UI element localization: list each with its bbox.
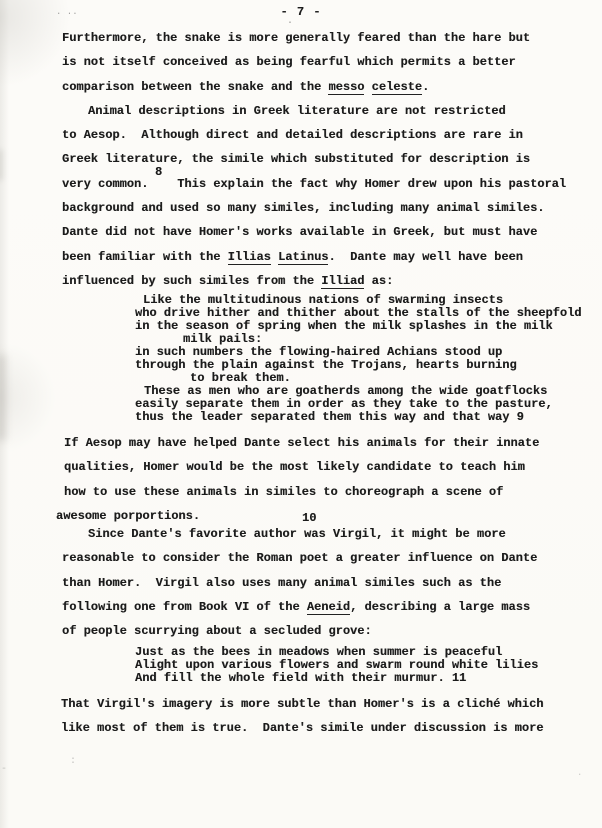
underlined-title: Illiad — [321, 274, 364, 290]
text-segment: Furthermore, the snake is more generally… — [62, 31, 530, 45]
text-segment: thus the leader separated them this way … — [135, 410, 524, 424]
scan-speck: . .. — [56, 7, 78, 17]
text-line: Furthermore, the snake is more generally… — [62, 26, 566, 50]
text-segment: reasonable to consider the Roman poet a … — [62, 551, 537, 565]
text-segment: Animal descriptions in Greek literature … — [88, 104, 506, 118]
footnote-reference-10: 10 — [302, 511, 316, 525]
text-segment: background and used so many similes, inc… — [62, 201, 544, 215]
text-segment: to break them. — [190, 371, 291, 385]
text-segment: in such numbers the flowing-haired Achia… — [135, 345, 502, 359]
paragraph-block-4: Since Dante's favorite author was Virgil… — [62, 522, 537, 643]
paragraph-block-5: That Virgil's imagery is more subtle tha… — [61, 692, 543, 741]
scan-smudge — [0, 355, 6, 440]
text-line: how to use these animals in similes to c… — [64, 480, 539, 504]
text-segment: Alight upon various flowers and swarm ro… — [135, 658, 538, 672]
text-segment: Just as the bees in meadows when summer … — [135, 645, 502, 659]
text-line: qualities, Homer would be the most likel… — [64, 455, 539, 479]
text-line: thus the leader separated them this way … — [135, 411, 581, 424]
text-line: is not itself conceived as being fearful… — [62, 50, 566, 74]
text-segment: to Aesop. Although direct and detailed d… — [62, 128, 523, 142]
underlined-title: celeste — [372, 80, 422, 96]
text-segment: comparison between the snake and the — [62, 80, 328, 94]
text-segment: If Aesop may have helped Dante select hi… — [64, 436, 539, 450]
typewritten-page: - 7 - Furthermore, the snake is more gen… — [0, 0, 602, 828]
text-line: Greek literature, the simile which subst… — [62, 147, 566, 171]
text-segment: influenced by such similes from the — [62, 274, 321, 288]
scan-smudge — [0, 150, 3, 180]
text-segment: who drive hither and thither about the s… — [135, 306, 581, 320]
text-segment: qualities, Homer would be the most likel… — [64, 460, 525, 474]
text-segment: Greek literature, the simile which subst… — [62, 152, 530, 166]
text-line: very common. This explain the fact why H… — [62, 172, 566, 196]
text-segment: Like the multitudinous nations of swarmi… — [143, 293, 503, 307]
text-segment — [364, 80, 371, 94]
text-segment: following one from Book VI of the — [62, 600, 307, 614]
text-segment: than Homer. Virgil also uses many animal… — [62, 576, 501, 590]
text-line: like most of them is true. Dante's simil… — [61, 716, 543, 740]
text-segment: And fill the whole field with their murm… — [135, 671, 466, 685]
text-segment — [271, 250, 278, 264]
text-segment: These as men who are goatherds among the… — [144, 384, 547, 398]
text-segment: in the season of spring when the milk sp… — [135, 319, 553, 333]
text-line: of people scurrying about a secluded gro… — [62, 619, 537, 643]
text-line: If Aesop may have helped Dante select hi… — [64, 431, 539, 455]
page-number-header: - 7 - — [0, 5, 602, 19]
blockquote-aeneid: Just as the bees in meadows when summer … — [135, 646, 538, 685]
text-segment: , describing a large mass — [350, 600, 530, 614]
text-line: Animal descriptions in Greek literature … — [88, 99, 566, 123]
text-line: Since Dante's favorite author was Virgil… — [88, 522, 537, 546]
scan-speck: · — [577, 770, 582, 780]
text-segment: how to use these animals in similes to c… — [64, 485, 503, 499]
text-segment: is not itself conceived as being fearful… — [62, 55, 516, 69]
paragraph-block-1-2: Furthermore, the snake is more generally… — [62, 26, 566, 293]
text-segment: very common. This explain the fact why H… — [62, 177, 566, 191]
text-line: following one from Book VI of the Aeneid… — [62, 595, 537, 619]
text-segment: That Virgil's imagery is more subtle tha… — [61, 697, 543, 711]
underlined-title: messo — [328, 80, 364, 96]
underlined-title: Aeneid — [307, 600, 350, 616]
underlined-title: Latinus — [278, 250, 328, 266]
text-line: background and used so many similes, inc… — [62, 196, 566, 220]
text-line: than Homer. Virgil also uses many animal… — [62, 571, 537, 595]
text-line: That Virgil's imagery is more subtle tha… — [61, 692, 543, 716]
blockquote-iliad: Like the multitudinous nations of swarmi… — [135, 294, 581, 424]
scan-speck: - — [1, 764, 7, 775]
text-line: to Aesop. Although direct and detailed d… — [62, 123, 566, 147]
text-segment: . Dante may well have been — [328, 250, 522, 264]
text-segment: through the plain against the Trojans, h… — [135, 358, 517, 372]
scan-speck: : — [70, 756, 76, 767]
text-segment: milk pails: — [183, 332, 262, 346]
text-line: And fill the whole field with their murm… — [135, 672, 538, 685]
text-segment: of people scurrying about a secluded gro… — [62, 624, 372, 638]
text-segment: easily separate them in order as they ta… — [135, 397, 553, 411]
text-segment: awesome porportions. — [56, 509, 200, 523]
scan-speck: . — [287, 16, 293, 27]
text-segment: . — [422, 80, 429, 94]
text-segment: Dante did not have Homer's works availab… — [62, 225, 537, 239]
text-segment: Since Dante's favorite author was Virgil… — [88, 527, 506, 541]
text-segment: like most of them is true. Dante's simil… — [61, 721, 543, 735]
text-line: been familiar with the Illias Latinus. D… — [62, 245, 566, 269]
text-segment: as: — [364, 274, 393, 288]
text-segment: been familiar with the — [62, 250, 228, 264]
text-line: comparison between the snake and the mes… — [62, 75, 566, 99]
footnote-reference-8: 8 — [155, 165, 162, 179]
underlined-title: Illias — [228, 250, 271, 266]
text-line: reasonable to consider the Roman poet a … — [62, 546, 537, 570]
text-line: Dante did not have Homer's works availab… — [62, 220, 566, 244]
text-line: influenced by such similes from the Illi… — [62, 269, 566, 293]
